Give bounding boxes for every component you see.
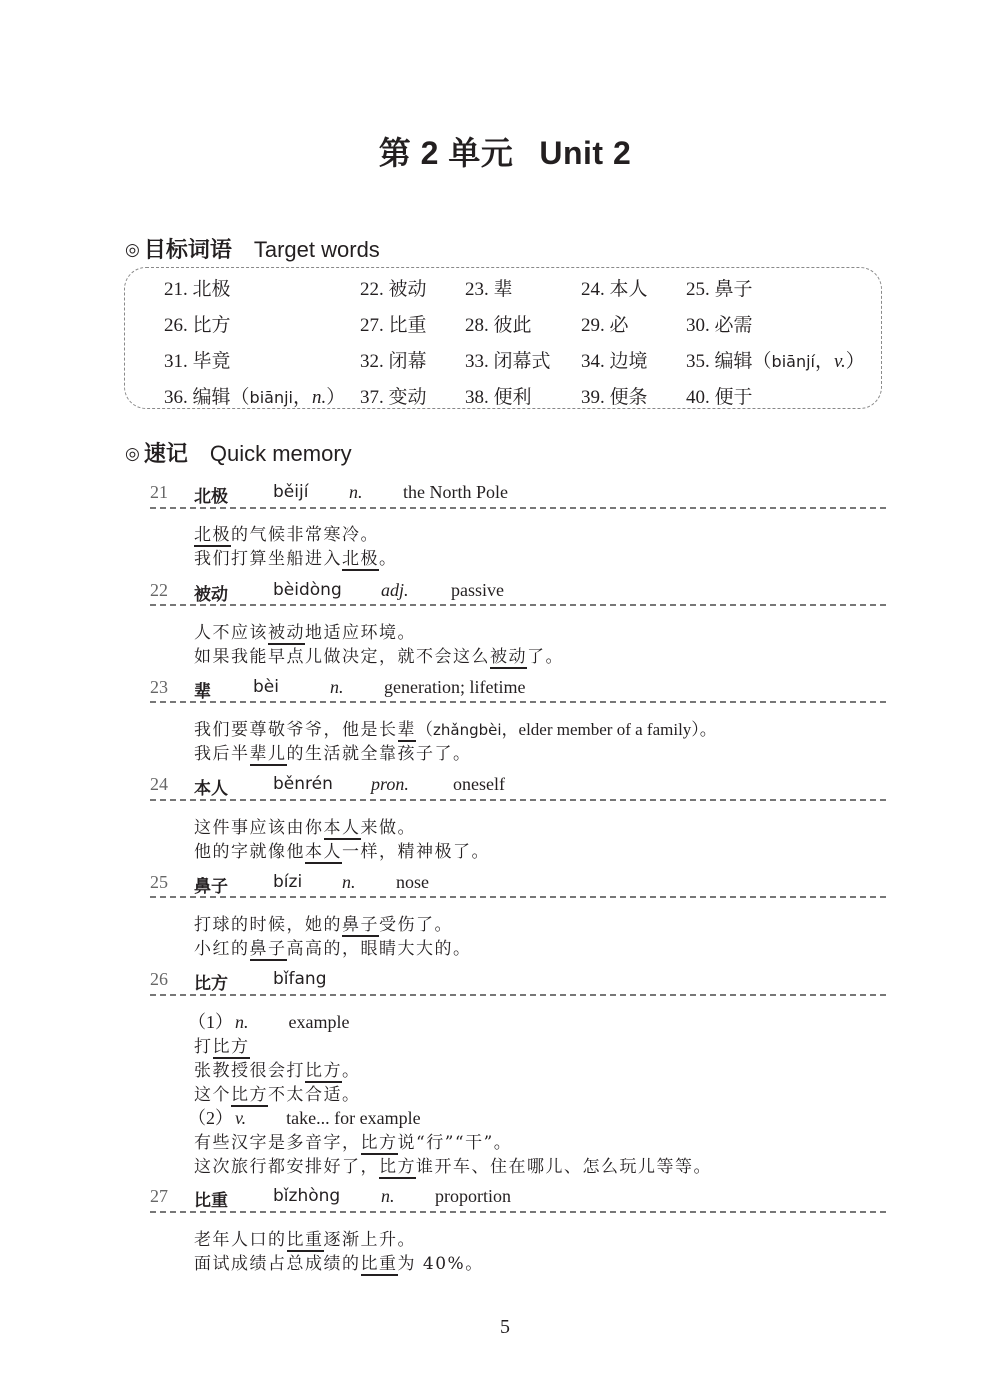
entry-word: 辈 bbox=[194, 677, 211, 702]
entry-gloss: passive bbox=[451, 580, 504, 601]
entry-pinyin: běnrén bbox=[273, 774, 333, 794]
example-sentence: 打比方 bbox=[194, 1032, 250, 1057]
title-zh: 第 2 单元 bbox=[379, 135, 514, 171]
page-title: 第 2 单元Unit 2 bbox=[0, 128, 996, 174]
entry-number: 27 bbox=[150, 1186, 168, 1207]
example-sentence: 张教授很会打比方。 bbox=[194, 1056, 361, 1081]
example-sentence: 人不应该被动地适应环境。 bbox=[194, 618, 416, 643]
entry-header: 27 比重 bǐzhòng n. proportion bbox=[150, 1186, 886, 1212]
entry-number: 25 bbox=[150, 872, 168, 893]
entry-pos: n. bbox=[381, 1186, 395, 1207]
target-word-item: 34. 边境 bbox=[581, 346, 648, 373]
example-sentence: 这个比方不太合适。 bbox=[194, 1080, 361, 1105]
example-sentence: 这件事应该由你本人来做。 bbox=[194, 813, 416, 838]
target-word-item: 37. 变动 bbox=[360, 382, 427, 409]
entry-word: 被动 bbox=[194, 580, 228, 605]
entry-header: 22 被动 bèidòng adj. passive bbox=[150, 580, 886, 606]
title-en: Unit 2 bbox=[539, 135, 631, 171]
entry-gloss: nose bbox=[396, 872, 429, 893]
entry-gloss: oneself bbox=[453, 774, 505, 795]
example-sentence: 面试成绩占总成绩的比重为 40%。 bbox=[194, 1249, 484, 1274]
entry-word: 北极 bbox=[194, 482, 228, 507]
dotted-divider bbox=[150, 799, 886, 801]
target-word-item: 31. 毕竟 bbox=[164, 346, 231, 373]
entry-word: 鼻子 bbox=[194, 872, 228, 897]
example-sentence: 他的字就像他本人一样，精神极了。 bbox=[194, 837, 490, 862]
entry-pos: pron. bbox=[371, 774, 409, 795]
entry-gloss: the North Pole bbox=[403, 482, 508, 503]
target-word-item: 30. 必需 bbox=[686, 310, 753, 337]
dotted-divider bbox=[150, 507, 886, 509]
dotted-divider bbox=[150, 701, 886, 703]
target-word-item: 38. 便利 bbox=[465, 382, 532, 409]
entry-pinyin: bízi bbox=[273, 872, 302, 892]
target-word-item: 33. 闭幕式 bbox=[465, 346, 551, 373]
example-sentence: 我后半辈儿的生活就全靠孩子了。 bbox=[194, 739, 472, 764]
example-sentence: 老年人口的比重逐渐上升。 bbox=[194, 1225, 416, 1250]
entry-number: 22 bbox=[150, 580, 168, 601]
dotted-divider bbox=[150, 896, 886, 898]
entry-header: 23 辈 bèi n. generation; lifetime bbox=[150, 677, 886, 703]
entry-header: 26 比方 bǐfang bbox=[150, 969, 886, 995]
example-sentence: 小红的鼻子高高的，眼睛大大的。 bbox=[194, 934, 472, 959]
entry-number: 24 bbox=[150, 774, 168, 795]
entry-gloss: generation; lifetime bbox=[384, 677, 525, 698]
entry-number: 26 bbox=[150, 969, 168, 990]
entry-pos: adj. bbox=[381, 580, 409, 601]
example-sentence: 我们打算坐船进入北极。 bbox=[194, 544, 398, 569]
entry-pinyin: bèidòng bbox=[273, 580, 342, 600]
double-circle-icon: ◎ bbox=[125, 240, 140, 259]
entry-pinyin: běijí bbox=[273, 482, 308, 502]
dotted-divider bbox=[150, 1211, 886, 1213]
sense-header: （1）n.example bbox=[188, 1008, 349, 1034]
heading-zh: 速记 bbox=[144, 441, 188, 466]
page-number: 5 bbox=[0, 1316, 996, 1339]
example-sentence: 有些汉字是多音字，比方说“行”“干”。 bbox=[194, 1128, 512, 1153]
target-word-item: 23. 辈 bbox=[465, 274, 513, 301]
entry-word: 本人 bbox=[194, 774, 228, 799]
target-word-item: 39. 便条 bbox=[581, 382, 648, 409]
target-word-item: 28. 彼此 bbox=[465, 310, 532, 337]
entry-header: 25 鼻子 bízi n. nose bbox=[150, 872, 886, 898]
target-word-item: 27. 比重 bbox=[360, 310, 427, 337]
target-word-item: 36. 编辑（biānji，n.） bbox=[164, 382, 345, 409]
target-word-item: 32. 闭幕 bbox=[360, 346, 427, 373]
entry-word: 比方 bbox=[194, 969, 228, 994]
entry-number: 23 bbox=[150, 677, 168, 698]
entry-number: 21 bbox=[150, 482, 168, 503]
example-sentence: 这次旅行都安排好了，比方谁开车、住在哪儿、怎么玩儿等等。 bbox=[194, 1152, 712, 1177]
double-circle-icon: ◎ bbox=[125, 444, 140, 463]
target-word-item: 25. 鼻子 bbox=[686, 274, 753, 301]
example-sentence: 如果我能早点儿做决定，就不会这么被动了。 bbox=[194, 642, 564, 667]
entry-pos: n. bbox=[342, 872, 356, 893]
example-sentence: 打球的时候，她的鼻子受伤了。 bbox=[194, 910, 453, 935]
entry-word: 比重 bbox=[194, 1186, 228, 1211]
target-word-item: 35. 编辑（biānjí，v.） bbox=[686, 346, 865, 373]
heading-zh: 目标词语 bbox=[144, 237, 232, 262]
heading-en: Quick memory bbox=[210, 441, 352, 466]
target-word-item: 40. 便于 bbox=[686, 382, 753, 409]
target-word-item: 21. 北极 bbox=[164, 274, 231, 301]
dotted-divider bbox=[150, 604, 886, 606]
target-word-item: 26. 比方 bbox=[164, 310, 231, 337]
example-sentence: 北极的气候非常寒冷。 bbox=[194, 520, 379, 545]
entry-pos: n. bbox=[349, 482, 363, 503]
entry-header: 21 北极 běijí n. the North Pole bbox=[150, 482, 886, 508]
entry-pinyin: bǐzhòng bbox=[273, 1186, 340, 1206]
sense-header: （2）v.take... for example bbox=[188, 1104, 421, 1130]
target-word-item: 22. 被动 bbox=[360, 274, 427, 301]
target-word-item: 29. 必 bbox=[581, 310, 629, 337]
example-sentence: 我们要尊敬爷爷，他是长辈（zhǎngbèi，elder member of a … bbox=[194, 715, 718, 740]
entry-header: 24 本人 běnrén pron. oneself bbox=[150, 774, 886, 800]
heading-en: Target words bbox=[254, 237, 380, 262]
entry-pinyin: bǐfang bbox=[273, 969, 326, 989]
target-word-item: 24. 本人 bbox=[581, 274, 648, 301]
quick-memory-heading: ◎速记Quick memory bbox=[125, 437, 352, 468]
dotted-divider bbox=[150, 994, 886, 996]
target-words-heading: ◎目标词语Target words bbox=[125, 233, 380, 264]
entry-gloss: proportion bbox=[435, 1186, 511, 1207]
entry-pinyin: bèi bbox=[253, 677, 279, 697]
entry-pos: n. bbox=[330, 677, 344, 698]
